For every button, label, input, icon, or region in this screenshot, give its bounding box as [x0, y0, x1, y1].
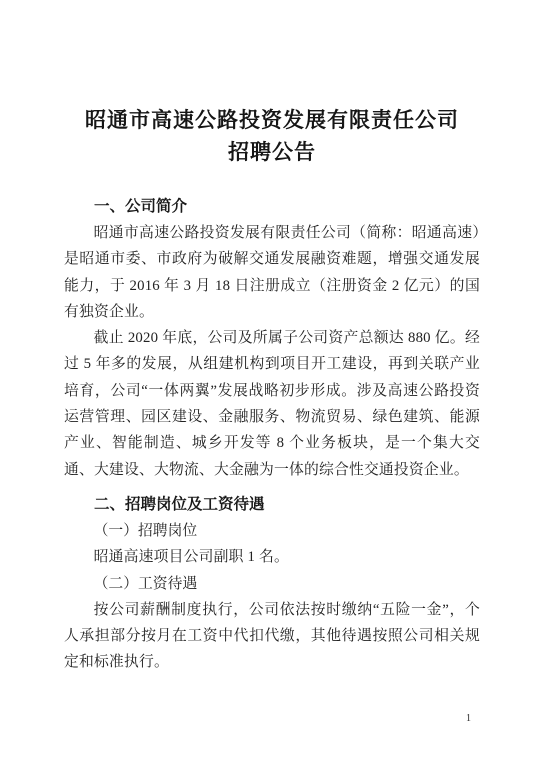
subheading-recruit-position: （一）招聘岗位 — [64, 518, 480, 544]
document-content: 昭通市高速公路投资发展有限责任公司 招聘公告 一、公司简介 昭通市高速公路投资发… — [64, 104, 480, 676]
page-number: 1 — [466, 713, 471, 725]
paragraph-recruit-position: 昭通高速项目公司副职 1 名。 — [64, 544, 480, 570]
section-heading-company-intro: 一、公司简介 — [64, 194, 480, 220]
document-title-line2: 招聘公告 — [64, 136, 480, 168]
document-title-line1: 昭通市高速公路投资发展有限责任公司 — [64, 104, 480, 136]
paragraph-salary-treatment: 按公司薪酬制度执行，公司依法按时缴纳“五险一金”，个人承担部分按月在工资中代扣代… — [64, 597, 480, 676]
section-heading-positions-salary: 二、招聘岗位及工资待遇 — [64, 492, 480, 518]
subheading-salary-treatment: （二）工资待遇 — [64, 571, 480, 597]
document-page: 昭通市高速公路投资发展有限责任公司 招聘公告 一、公司简介 昭通市高速公路投资发… — [0, 0, 550, 778]
paragraph-company-intro-1: 昭通市高速公路投资发展有限责任公司（简称：昭通高速）是昭通市委、市政府为破解交通… — [64, 220, 480, 325]
paragraph-company-intro-2: 截止 2020 年底，公司及所属子公司资产总额达 880 亿。经过 5 年多的发… — [64, 325, 480, 483]
